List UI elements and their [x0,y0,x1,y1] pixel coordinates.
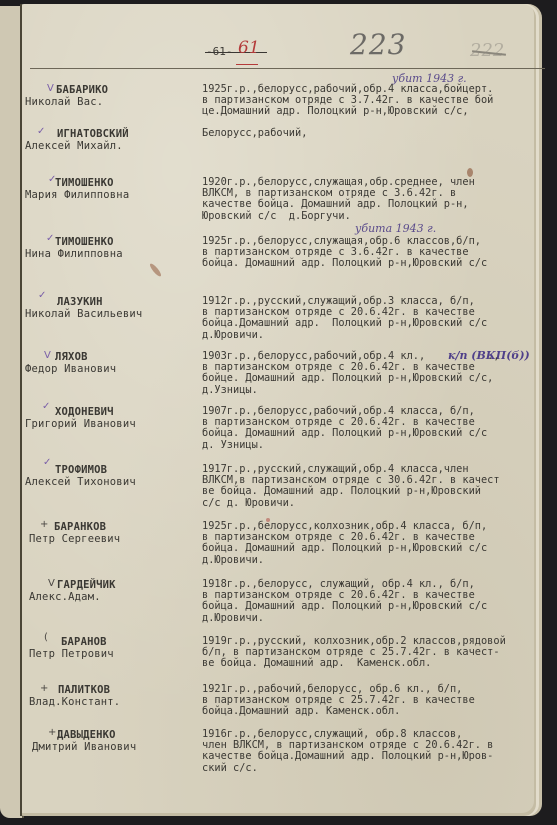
record-given-name: Дмитрий Иванович [32,741,136,753]
check-mark-icon: V [44,350,51,361]
check-mark-icon: ✓ [42,401,50,412]
record-details: 1925г.р.,белорусс,служащая,обр.6 классов… [202,236,532,270]
record-surname: БАРАНКОВ [54,521,106,533]
record-given-name: Нина Филипповна [25,248,123,260]
record-given-name: Алекс.Адам. [29,591,101,603]
record-surname: ЛАЗУКИН [57,296,103,308]
archive-sheet-number: 223 [350,28,406,61]
record-surname: ТИМОШЕНКО [55,177,114,189]
record-given-name: Николай Васильевич [25,308,142,320]
ink-stain [266,518,270,522]
record-surname: ГАРДЕЙЧИК [57,579,116,591]
record-surname: ИГНАТОВСКИЙ [57,128,129,140]
page-header: -61- 61 223 222 [0,0,557,60]
record-details: 1920г.р.,белорусс,служащая,обр.среднее, … [202,177,532,222]
plus-mark-icon: + [40,519,48,530]
record-given-name: Влад.Констант. [29,696,120,708]
check-mark-icon: ✓ [37,126,45,137]
record-surname: ТРОФИМОВ [55,464,107,476]
record-surname: ПАЛИТКОВ [58,684,110,696]
record-details: 1917г.р.,русский,служащий,обр.4 класса,ч… [202,464,532,509]
check-mark-icon: V [48,578,55,589]
record-surname: ЛЯХОВ [55,351,88,363]
record-given-name: Николай Вас. [25,96,103,108]
record-given-name: Мария Филипповна [25,189,129,201]
binding-edge [20,4,22,816]
record-details: 1912г.р.,русский,служащий,обр.3 класса, … [202,296,532,341]
record-surname: ДАВЫДЕНКО [57,729,116,741]
record-given-name: Григорий Иванович [25,418,136,430]
record-surname: БАБАРИКО [56,84,108,96]
record-details: 1916г.р.,белорусс,служащий, обр.8 классо… [202,729,532,774]
plus-mark-icon: + [48,727,56,738]
ink-stain [467,168,473,177]
handwritten-page-number: 61 [238,38,260,58]
record-given-name: Петр Петрович [29,648,114,660]
bracket-mark-icon: ( [44,632,48,643]
record-annotation: убита 1943 г. [355,222,436,235]
record-details: 1921г.р.,рабочий,белорусс, обр.6 кл., б/… [202,684,532,718]
record-given-name: Алексей Тихонович [25,476,136,488]
record-details: 1907г.р.,белорусс,рабочий,обр.4 класса, … [202,406,532,451]
record-given-name: Федор Иванович [25,363,116,375]
record-details: Белорусс,рабочий, [202,128,532,139]
record-surname: БАРАНОВ [61,636,107,648]
check-mark-icon: ✓ [43,457,51,468]
record-details: 1925г.р.,белорусс,рабочий,обр.4 класса,б… [202,84,532,118]
red-underline [236,64,258,65]
header-rule [30,68,545,69]
plus-mark-icon: + [40,683,48,694]
record-details: 1918г.р.,белорусс, служащий, обр.4 кл., … [202,579,532,624]
record-details: 1919г.р.,русский, колхозник,обр.2 классо… [202,636,532,670]
record-surname: ХОДОНЕВИЧ [55,406,114,418]
record-given-name: Алексей Михайл. [25,140,123,152]
record-details: 1925г.р.,белорусс,колхозник,обр.4 класса… [202,521,532,566]
record-surname: ТИМОШЕНКО [55,236,114,248]
check-mark-icon: ✓ [46,233,54,244]
check-mark-icon: V [47,83,54,94]
record-given-name: Петр Сергеевич [29,533,120,545]
record-details: 1903г.р.,белорусс,рабочий,обр.4 кл., ., … [202,351,532,396]
check-mark-icon: ✓ [38,290,46,301]
